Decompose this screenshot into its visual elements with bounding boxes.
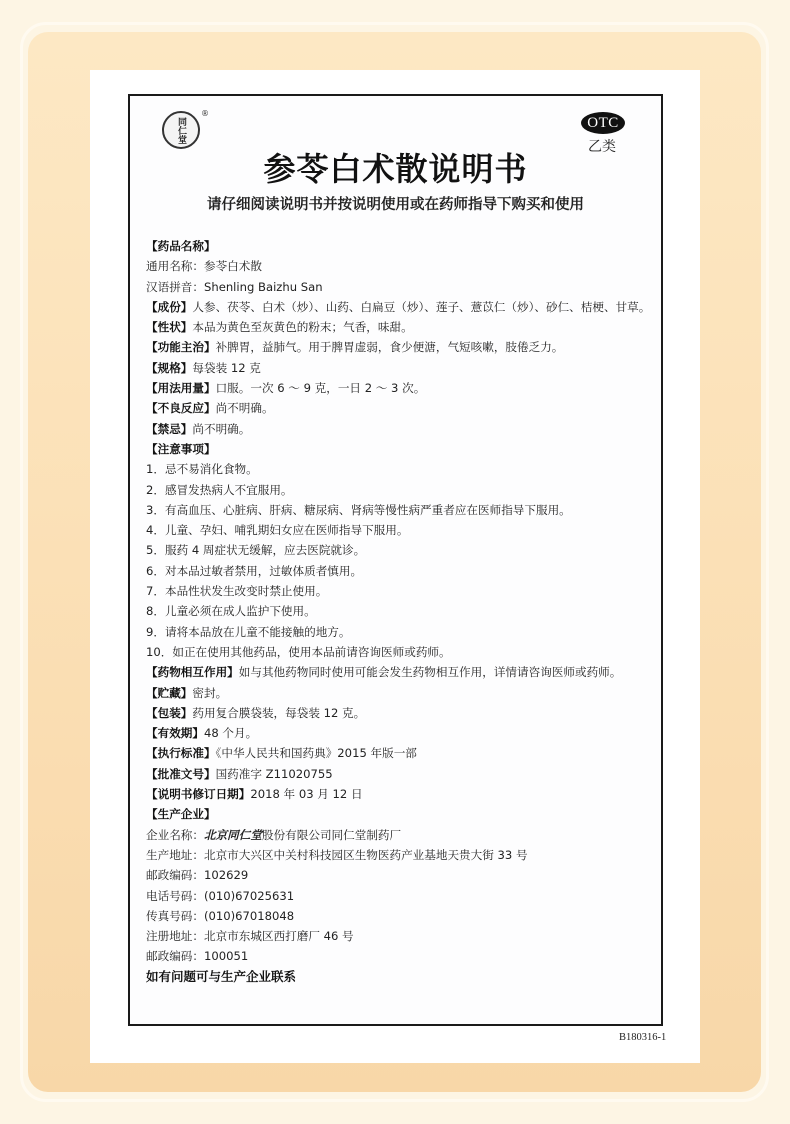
section-manufacturer: 【生产企业】 (146, 804, 656, 824)
logo-text: 同仁堂 (176, 117, 186, 144)
field-label: 通用名称： (146, 259, 204, 273)
section-heading: 【性状】 (146, 320, 192, 334)
section-heading: 【有效期】 (146, 726, 204, 740)
section-heading: 【包装】 (146, 706, 192, 720)
section-ingredients: 【成份】人参、茯苓、白术（炒）、山药、白扁豆（炒）、莲子、薏苡仁（炒）、砂仁、桔… (146, 297, 656, 317)
field-value: 102629 (204, 868, 248, 882)
precaution-item: 5．服药 4 周症状无缓解，应去医院就诊。 (146, 540, 656, 560)
section-text: 每袋装 12 克 (192, 361, 261, 375)
section-drug-name: 【药品名称】 (146, 236, 656, 256)
production-address-row: 生产地址：北京市大兴区中关村科技园区生物医药产业基地天贵大街 33 号 (146, 845, 656, 865)
section-text: 如与其他药物同时使用可能会发生药物相互作用，详情请咨询医师或药师。 (239, 665, 622, 679)
section-text: 药用复合膜袋装，每袋装 12 克。 (192, 706, 365, 720)
company-name-row: 企业名称：北京同仁堂股份有限公司同仁堂制药厂 (146, 825, 656, 845)
generic-name-value: 参苓白术散 (204, 259, 262, 273)
field-label: 邮政编码： (146, 949, 204, 963)
section-heading: 【禁忌】 (146, 422, 192, 436)
section-heading: 【生产企业】 (146, 807, 216, 821)
section-heading: 【药品名称】 (146, 239, 216, 253)
section-text: 尚不明确。 (192, 422, 250, 436)
field-label: 企业名称： (146, 828, 204, 842)
company-name-rest: 股份有限公司同仁堂制药厂 (262, 828, 401, 842)
section-heading: 【批准文号】 (146, 767, 216, 781)
section-text: 密封。 (192, 686, 227, 700)
field-label: 电话号码： (146, 889, 204, 903)
pinyin-value: Shenling Baizhu San (204, 280, 323, 294)
registered-address-row: 注册地址：北京市东城区西打磨厂 46 号 (146, 926, 656, 946)
section-heading: 【执行标准】 (146, 746, 216, 760)
section-description: 【性状】本品为黄色至灰黄色的粉末；气香，味甜。 (146, 317, 656, 337)
registered-trademark-icon: ® (201, 109, 209, 118)
contact-note: 如有问题可与生产企业联系 (146, 967, 656, 987)
precaution-item: 4．儿童、孕妇、哺乳期妇女应在医师指导下服用。 (146, 520, 656, 540)
section-shelf-life: 【有效期】48 个月。 (146, 723, 656, 743)
section-heading: 【不良反应】 (146, 401, 216, 415)
company-logotype: 北京同仁堂 (204, 828, 262, 842)
field-label: 生产地址： (146, 848, 204, 862)
precaution-item: 2．感冒发热病人不宜服用。 (146, 480, 656, 500)
section-heading: 【用法用量】 (146, 381, 216, 395)
precaution-item: 8．儿童必须在成人监护下使用。 (146, 601, 656, 621)
page-title: 参苓白术散说明书 (128, 144, 663, 190)
section-dosage: 【用法用量】口服。一次 6 ～ 9 克，一日 2 ～ 3 次。 (146, 378, 656, 398)
section-interactions: 【药物相互作用】如与其他药物同时使用可能会发生药物相互作用，详情请咨询医师或药师… (146, 662, 656, 682)
pinyin-row: 汉语拼音：Shenling Baizhu San (146, 277, 656, 297)
field-label: 邮政编码： (146, 868, 204, 882)
section-package: 【包装】药用复合膜袋装，每袋装 12 克。 (146, 703, 656, 723)
section-text: 2018 年 03 月 12 日 (250, 787, 362, 801)
section-heading: 【注意事项】 (146, 442, 216, 456)
section-heading: 【说明书修订日期】 (146, 787, 250, 801)
section-adverse-reactions: 【不良反应】尚不明确。 (146, 398, 656, 418)
precaution-item: 7．本品性状发生改变时禁止使用。 (146, 581, 656, 601)
precaution-item: 3．有高血压、心脏病、肝病、糖尿病、肾病等慢性病严重者应在医师指导下服用。 (146, 500, 656, 520)
postcode-row: 邮政编码：102629 (146, 865, 656, 885)
generic-name-row: 通用名称：参苓白术散 (146, 256, 656, 276)
section-contraindications: 【禁忌】尚不明确。 (146, 419, 656, 439)
field-value: (010)67018048 (204, 909, 294, 923)
section-heading: 【成份】 (146, 300, 192, 314)
precaution-item: 9．请将本品放在儿童不能接触的地方。 (146, 622, 656, 642)
postcode-row: 邮政编码：100051 (146, 946, 656, 966)
section-text: 人参、茯苓、白术（炒）、山药、白扁豆（炒）、莲子、薏苡仁（炒）、砂仁、桔梗、甘草… (192, 300, 650, 314)
section-indications: 【功能主治】补脾胃，益肺气。用于脾胃虚弱，食少便溏，气短咳嗽，肢倦乏力。 (146, 337, 656, 357)
field-label: 汉语拼音： (146, 280, 204, 294)
precaution-item: 1．忌不易消化食物。 (146, 459, 656, 479)
section-standard: 【执行标准】《中华人民共和国药典》2015 年版一部 (146, 743, 656, 763)
section-heading: 【贮藏】 (146, 686, 192, 700)
section-heading: 【功能主治】 (146, 340, 216, 354)
page-subtitle: 请仔细阅读说明书并按说明使用或在药师指导下购买和使用 (128, 193, 663, 214)
section-text: 补脾胃，益肺气。用于脾胃虚弱，食少便溏，气短咳嗽，肢倦乏力。 (216, 340, 564, 354)
section-text: 口服。一次 6 ～ 9 克，一日 2 ～ 3 次。 (216, 381, 426, 395)
section-heading: 【药物相互作用】 (146, 665, 239, 679)
otc-badge: OTC (581, 112, 625, 134)
precaution-item: 10．如正在使用其他药品，使用本品前请咨询医师或药师。 (146, 642, 656, 662)
phone-row: 电话号码：(010)67025631 (146, 886, 656, 906)
document-code: B180316-1 (619, 1032, 666, 1043)
section-text: 本品为黄色至灰黄色的粉末；气香，味甜。 (192, 320, 412, 334)
section-text: 尚不明确。 (216, 401, 274, 415)
section-text: 《中华人民共和国药典》2015 年版一部 (216, 746, 417, 760)
precaution-item: 6．对本品过敏者禁用，过敏体质者慎用。 (146, 561, 656, 581)
section-specification: 【规格】每袋装 12 克 (146, 358, 656, 378)
leaflet-content: 【药品名称】 通用名称：参苓白术散 汉语拼音：Shenling Baizhu S… (146, 236, 656, 987)
section-text: 48 个月。 (204, 726, 257, 740)
field-label: 注册地址： (146, 929, 204, 943)
field-value: 北京市大兴区中关村科技园区生物医药产业基地天贵大街 33 号 (204, 848, 528, 862)
section-heading: 【规格】 (146, 361, 192, 375)
section-storage: 【贮藏】密封。 (146, 683, 656, 703)
section-approval-number: 【批准文号】国药准字 Z11020755 (146, 764, 656, 784)
otc-label: OTC (587, 115, 619, 132)
section-precautions: 【注意事项】 (146, 439, 656, 459)
field-value: 北京市东城区西打磨厂 46 号 (204, 929, 354, 943)
field-value: (010)67025631 (204, 889, 294, 903)
section-text: 国药准字 Z11020755 (216, 767, 333, 781)
field-label: 传真号码： (146, 909, 204, 923)
field-value: 100051 (204, 949, 248, 963)
fax-row: 传真号码：(010)67018048 (146, 906, 656, 926)
section-revision-date: 【说明书修订日期】2018 年 03 月 12 日 (146, 784, 656, 804)
